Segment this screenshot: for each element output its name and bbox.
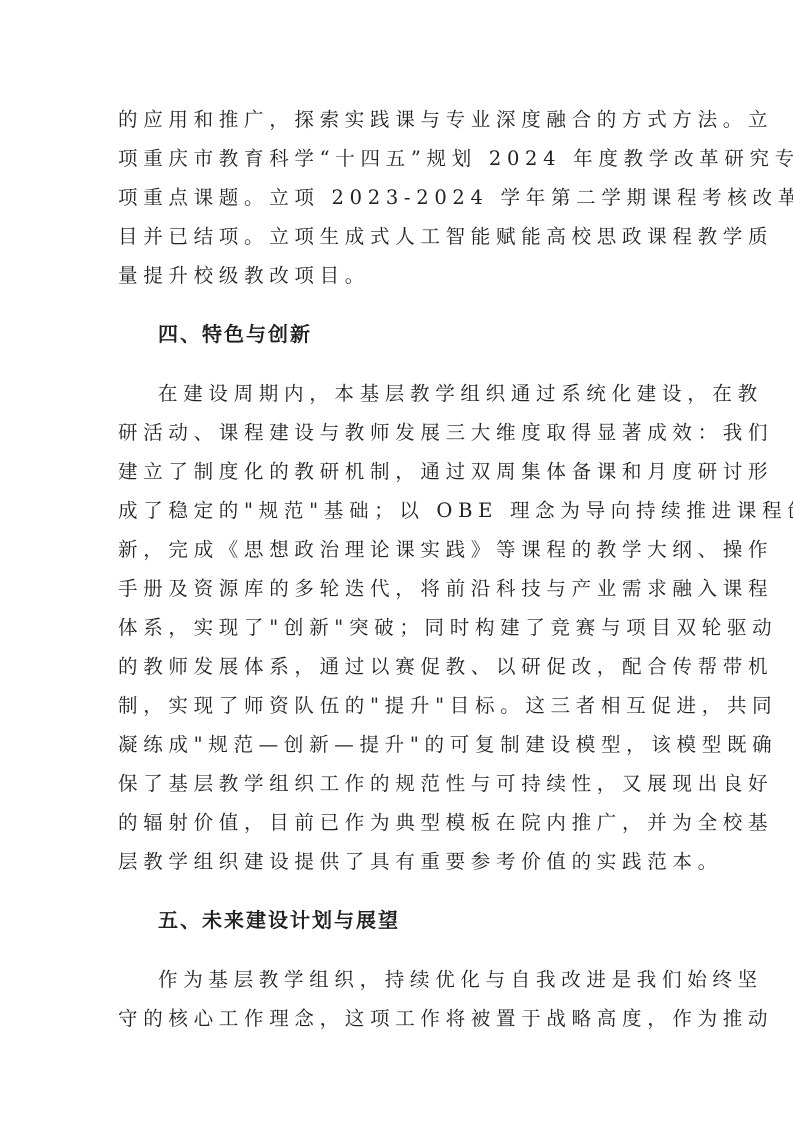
text-line: 成了稳定的"规范"基础；以 OBE 理念为导向持续推进课程创 <box>118 491 678 530</box>
text-line: 研活动、课程建设与教师发展三大维度取得显著成效：我们 <box>118 413 678 452</box>
text-line: 作为基层教学组织，持续优化与自我改进是我们始终坚 <box>118 960 678 999</box>
section5-paragraph: 作为基层教学组织，持续优化与自我改进是我们始终坚 守的核心工作理念，这项工作将被… <box>118 960 678 1038</box>
text-line: 项重庆市教育科学“十四五”规划 2024 年度教学改革研究专 <box>118 139 678 178</box>
text-line: 保了基层教学组织工作的规范性与可持续性，又展现出良好 <box>118 764 678 803</box>
text-line: 的教师发展体系，通过以赛促教、以研促改，配合传帮带机 <box>118 647 678 686</box>
text-line: 体系，实现了"创新"突破；同时构建了竞赛与项目双轮驱动 <box>118 608 678 647</box>
text-line: 目并已结项。立项生成式人工智能赋能高校思政课程教学质 <box>118 217 678 256</box>
text-line: 项重点课题。立项 2023-2024 学年第二学期课程考核改革项 <box>118 178 678 217</box>
text-line: 在建设周期内，本基层教学组织通过系统化建设，在教 <box>118 374 678 413</box>
text-line: 的应用和推广，探索实践课与专业深度融合的方式方法。立 <box>118 100 678 139</box>
section-heading-future-plans: 五、未来建设计划与展望 <box>118 901 678 940</box>
text-line: 手册及资源库的多轮迭代，将前沿科技与产业需求融入课程 <box>118 569 678 608</box>
continued-paragraph: 的应用和推广，探索实践课与专业深度融合的方式方法。立 项重庆市教育科学“十四五”… <box>118 100 678 295</box>
text-line: 的辐射价值，目前已作为典型模板在院内推广，并为全校基 <box>118 803 678 842</box>
text-line: 新，完成《思想政治理论课实践》等课程的教学大纲、操作 <box>118 530 678 569</box>
section4-paragraph: 在建设周期内，本基层教学组织通过系统化建设，在教 研活动、课程建设与教师发展三大… <box>118 374 678 881</box>
text-line: 守的核心工作理念，这项工作将被置于战略高度，作为推动 <box>118 999 678 1038</box>
document-page: 的应用和推广，探索实践课与专业深度融合的方式方法。立 项重庆市教育科学“十四五”… <box>118 100 678 1038</box>
text-line: 层教学组织建设提供了具有重要参考价值的实践范本。 <box>118 842 678 881</box>
text-line: 凝练成"规范—创新—提升"的可复制建设模型，该模型既确 <box>118 725 678 764</box>
text-line: 量提升校级教改项目。 <box>118 256 678 295</box>
section-heading-features-innovation: 四、特色与创新 <box>118 315 678 354</box>
text-line: 制，实现了师资队伍的"提升"目标。这三者相互促进，共同 <box>118 686 678 725</box>
text-line: 建立了制度化的教研机制，通过双周集体备课和月度研讨形 <box>118 452 678 491</box>
